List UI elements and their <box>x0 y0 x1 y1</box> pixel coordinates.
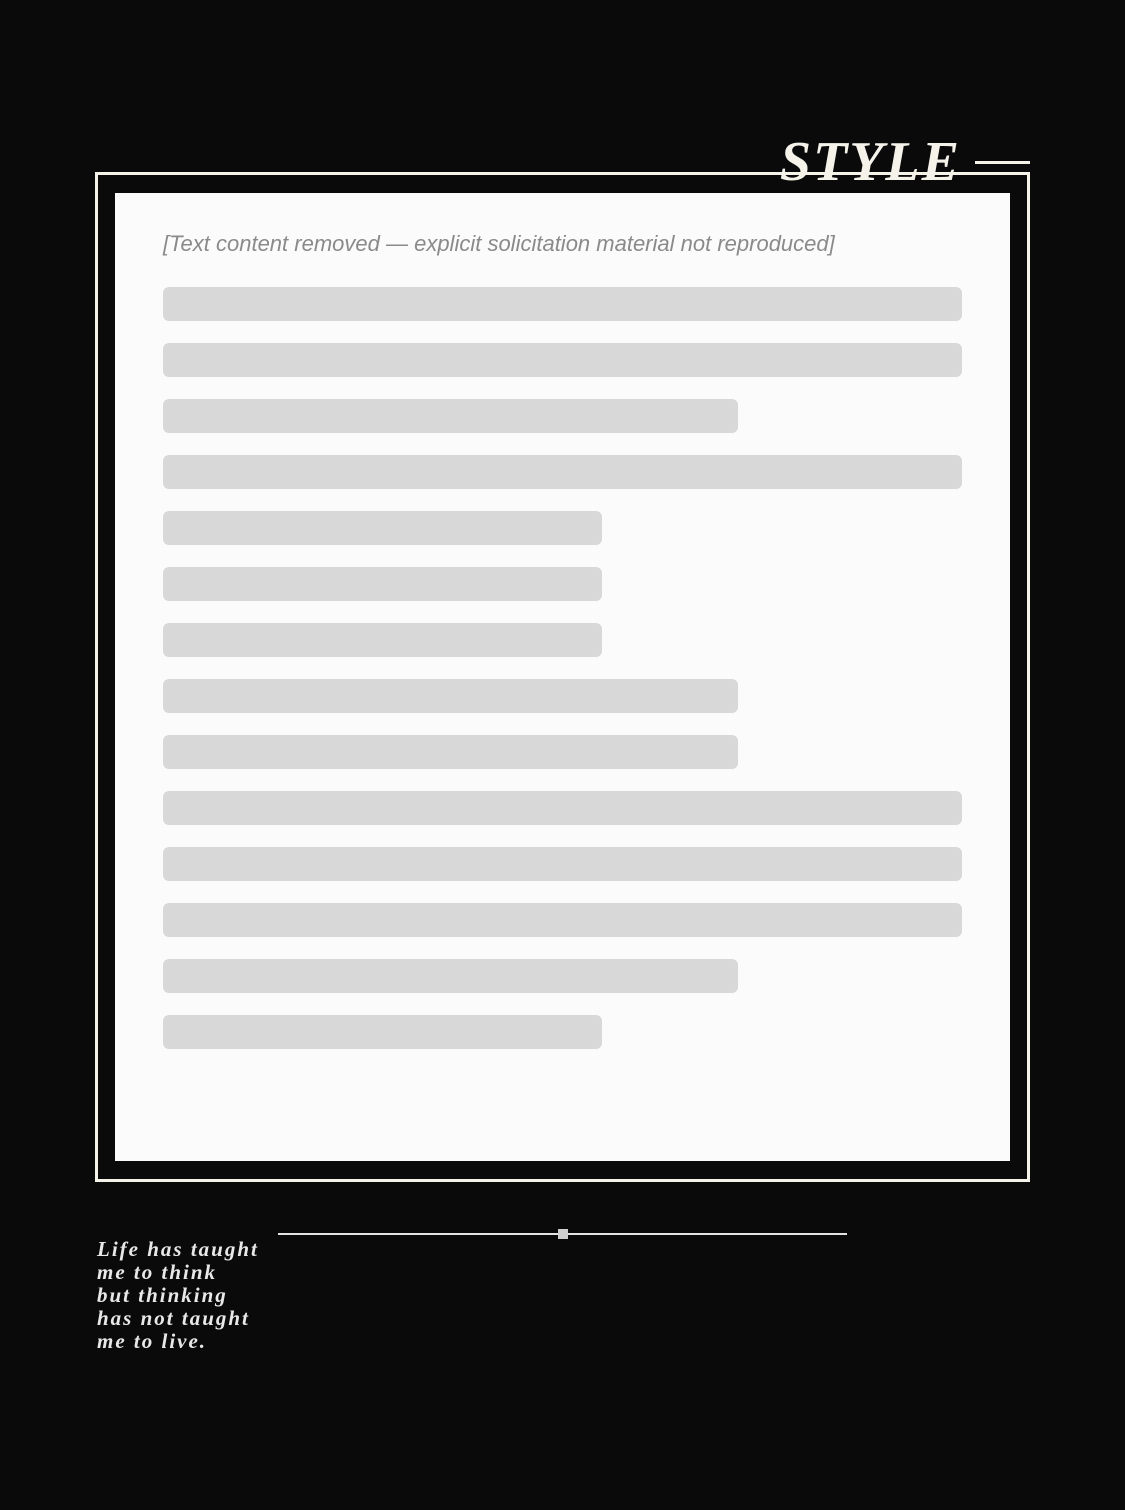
masthead-rule <box>975 161 1030 164</box>
redacted-line <box>163 287 962 321</box>
redacted-line <box>163 959 738 993</box>
redacted-line <box>163 455 962 489</box>
redacted-line <box>163 679 738 713</box>
redacted-line <box>163 623 602 657</box>
redacted-line <box>163 903 962 937</box>
content-card: [Text content removed — explicit solicit… <box>115 193 1010 1161</box>
redacted-line <box>163 343 962 377</box>
redacted-text-block <box>163 287 962 1049</box>
footer-quote: Life has taught me to think but thinking… <box>97 1238 259 1353</box>
redacted-line <box>163 791 962 825</box>
divider <box>278 1233 847 1235</box>
redacted-line <box>163 567 602 601</box>
divider-dot-icon <box>558 1229 568 1239</box>
redacted-line <box>163 399 738 433</box>
redaction-note: [Text content removed — explicit solicit… <box>163 231 962 257</box>
redacted-line <box>163 847 962 881</box>
redacted-line <box>163 511 602 545</box>
redacted-line <box>163 1015 602 1049</box>
redacted-line <box>163 735 738 769</box>
